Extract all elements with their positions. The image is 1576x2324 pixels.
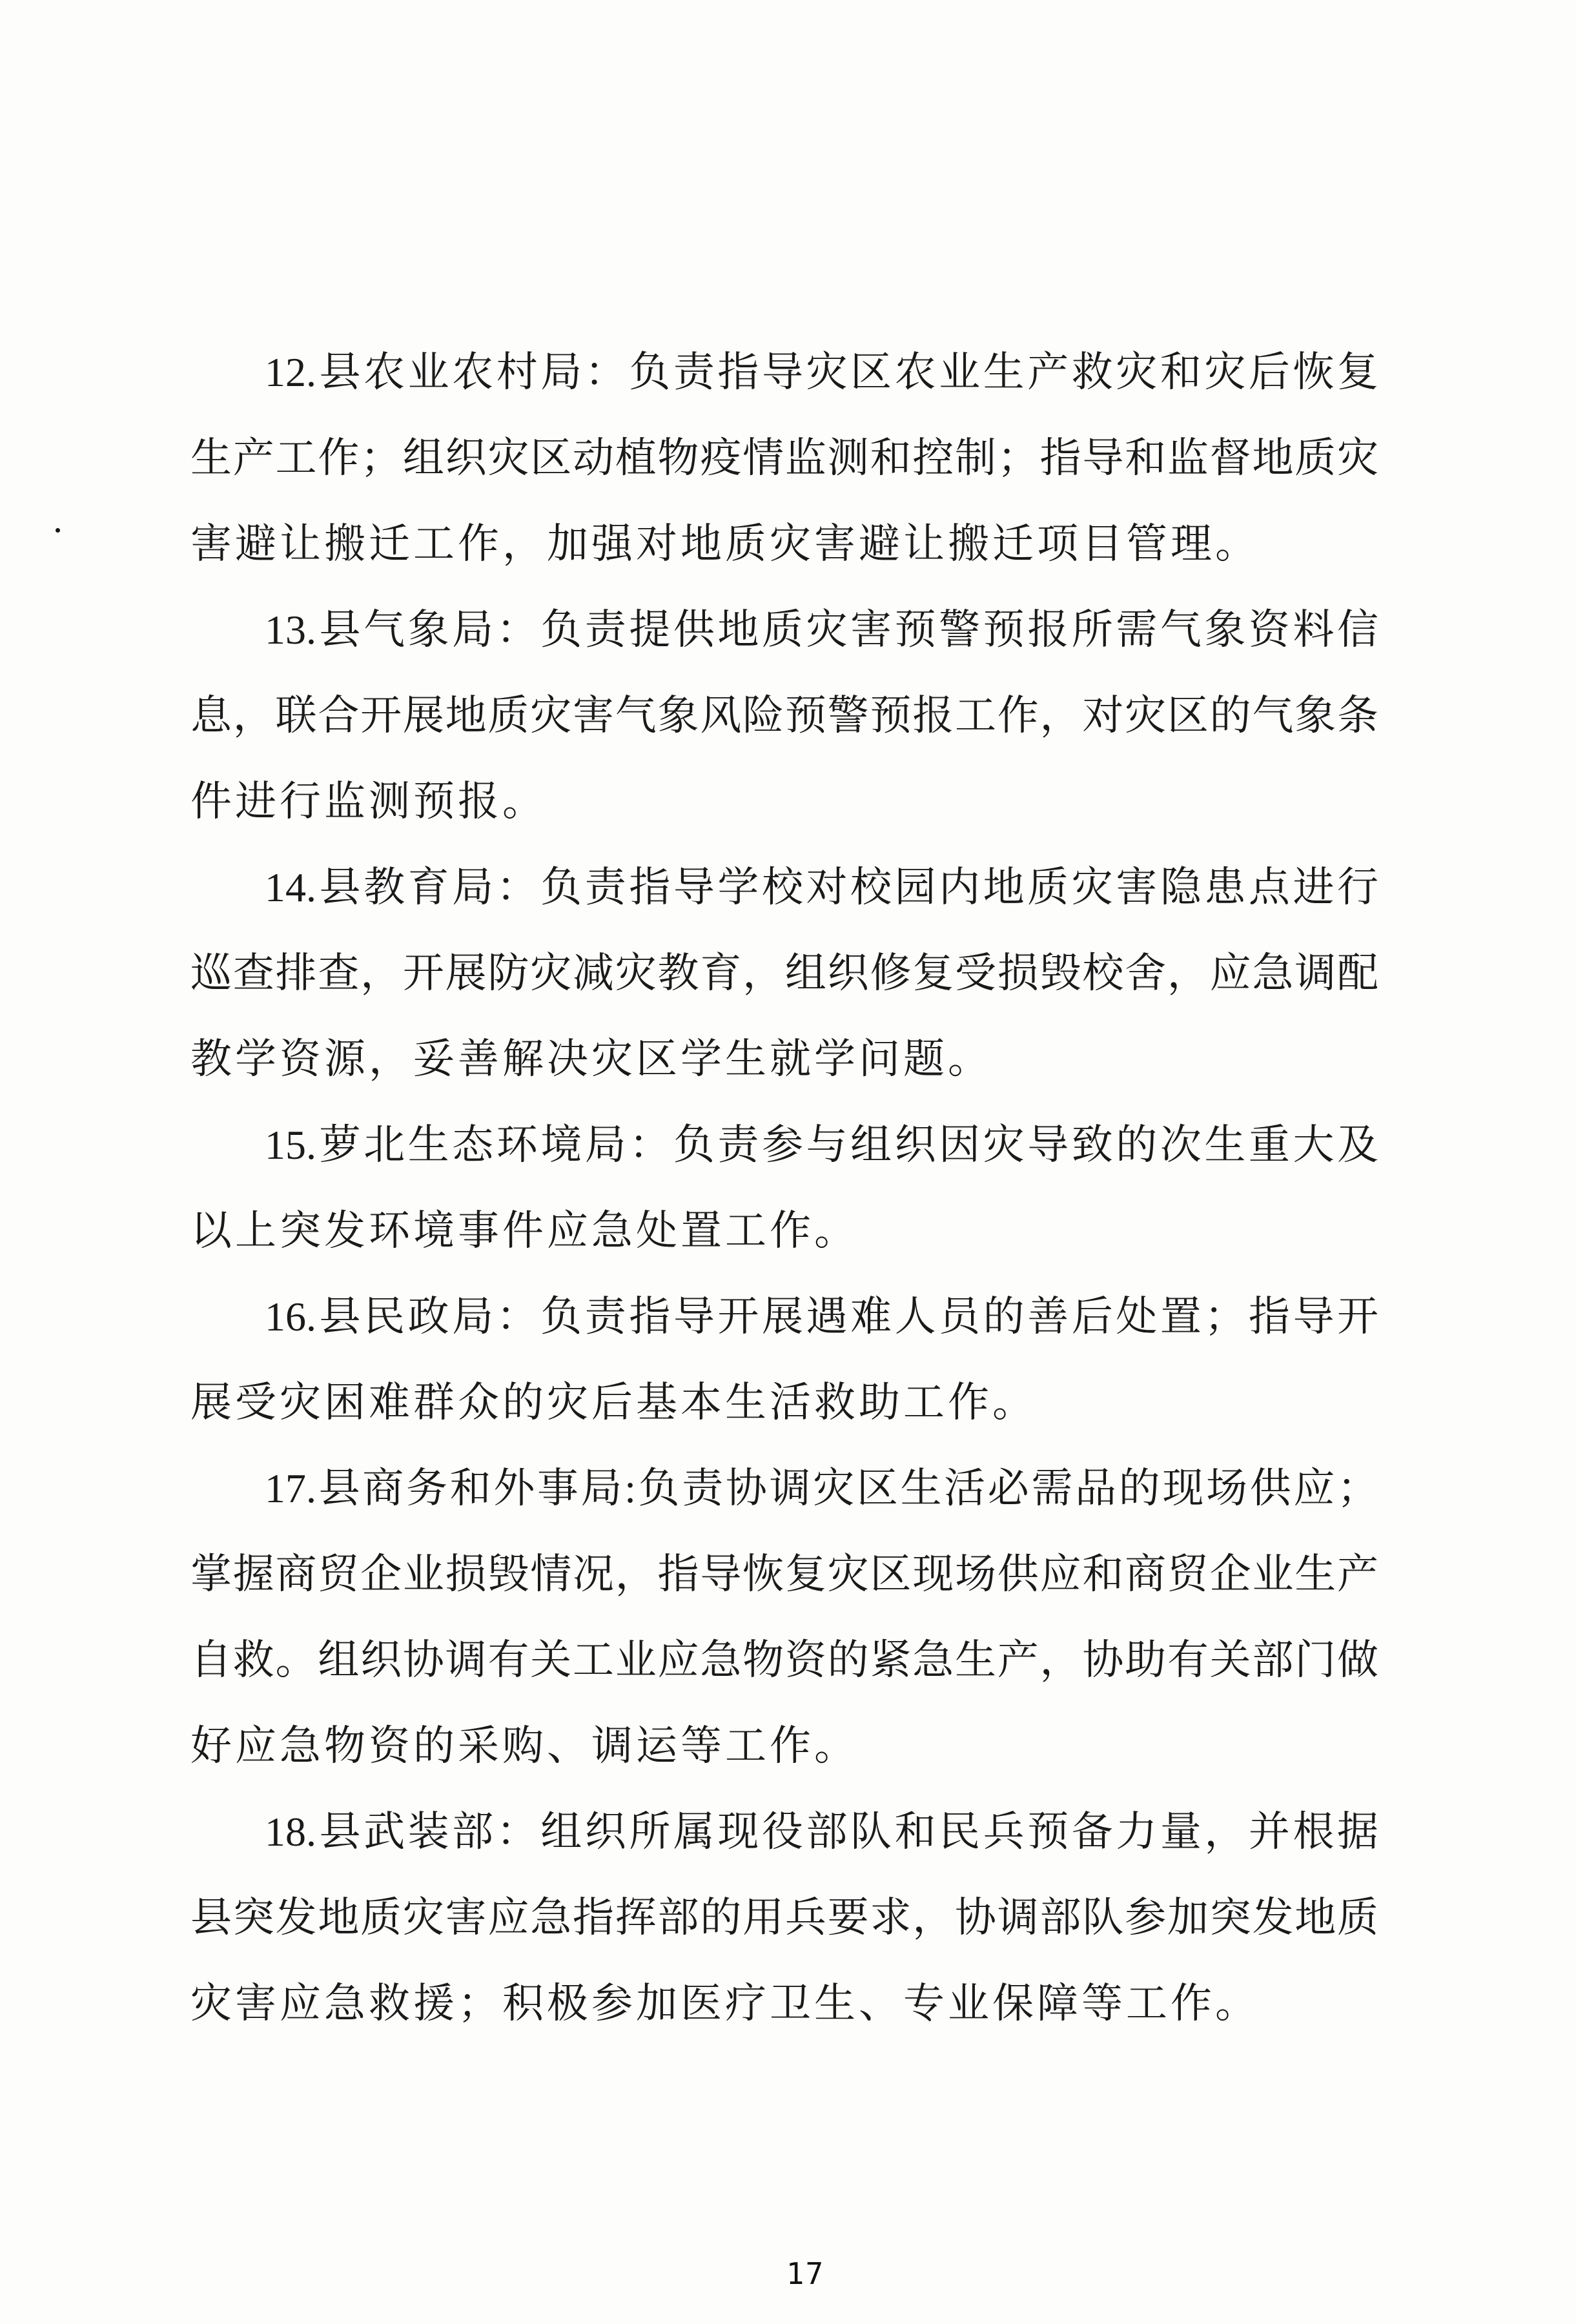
text-line: 教学资源，妥善解决灾区学生就学问题。 [190, 1016, 1378, 1102]
text-line: 以上突发环境事件应急处置工作。 [190, 1188, 1378, 1274]
text-line: 自救。组织协调有关工业应急物资的紧急生产，协助有关部门做 [190, 1617, 1378, 1703]
text-line: 灾害应急救援；积极参加医疗卫生、专业保障等工作。 [190, 1961, 1378, 2046]
text-line: 14.县教育局：负责指导学校对校园内地质灾害隐患点进行 [190, 844, 1378, 930]
text-line: 展受灾困难群众的灾后基本生活救助工作。 [190, 1360, 1378, 1445]
text-line: 件进行监测预报。 [190, 759, 1378, 844]
text-line: 息，联合开展地质灾害气象风险预警预报工作，对灾区的气象条 [190, 673, 1378, 759]
page-number: 17 [17, 2254, 1576, 2293]
paragraph-14: 14.县教育局：负责指导学校对校园内地质灾害隐患点进行 巡查排查，开展防灾减灾教… [190, 844, 1378, 1102]
text-line: 生产工作；组织灾区动植物疫情监测和控制；指导和监督地质灾 [190, 415, 1378, 501]
text-line: 16.县民政局：负责指导开展遇难人员的善后处置；指导开 [190, 1274, 1378, 1360]
paragraph-18: 18.县武装部：组织所属现役部队和民兵预备力量，并根据 县突发地质灾害应急指挥部… [190, 1789, 1378, 2046]
text-line: 巡查排查，开展防灾减灾教育，组织修复受损毁校舍，应急调配 [190, 930, 1378, 1016]
text-line: 17.县商务和外事局:负责协调灾区生活必需品的现场供应； [190, 1445, 1378, 1531]
paragraph-17: 17.县商务和外事局:负责协调灾区生活必需品的现场供应； 掌握商贸企业损毁情况，… [190, 1445, 1378, 1789]
paragraph-16: 16.县民政局：负责指导开展遇难人员的善后处置；指导开 展受灾困难群众的灾后基本… [190, 1274, 1378, 1445]
text-line: 12.县农业农村局：负责指导灾区农业生产救灾和灾后恢复 [190, 329, 1378, 415]
stray-ink-dot [56, 528, 60, 533]
text-line: 害避让搬迁工作，加强对地质灾害避让搬迁项目管理。 [190, 501, 1378, 587]
scanned-document-page: 12.县农业农村局：负责指导灾区农业生产救灾和灾后恢复 生产工作；组织灾区动植物… [0, 0, 1576, 2324]
text-line: 县突发地质灾害应急指挥部的用兵要求，协调部队参加突发地质 [190, 1875, 1378, 1961]
paragraph-12: 12.县农业农村局：负责指导灾区农业生产救灾和灾后恢复 生产工作；组织灾区动植物… [190, 329, 1378, 587]
text-line: 好应急物资的采购、调运等工作。 [190, 1703, 1378, 1789]
text-line: 18.县武装部：组织所属现役部队和民兵预备力量，并根据 [190, 1789, 1378, 1875]
text-line: 13.县气象局：负责提供地质灾害预警预报所需气象资料信 [190, 587, 1378, 673]
paragraph-13: 13.县气象局：负责提供地质灾害预警预报所需气象资料信 息，联合开展地质灾害气象… [190, 587, 1378, 844]
paragraph-15: 15.萝北生态环境局：负责参与组织因灾导致的次生重大及 以上突发环境事件应急处置… [190, 1102, 1378, 1274]
text-line: 掌握商贸企业损毁情况，指导恢复灾区现场供应和商贸企业生产 [190, 1531, 1378, 1617]
text-line: 15.萝北生态环境局：负责参与组织因灾导致的次生重大及 [190, 1102, 1378, 1188]
document-body: 12.县农业农村局：负责指导灾区农业生产救灾和灾后恢复 生产工作；组织灾区动植物… [190, 329, 1378, 2046]
